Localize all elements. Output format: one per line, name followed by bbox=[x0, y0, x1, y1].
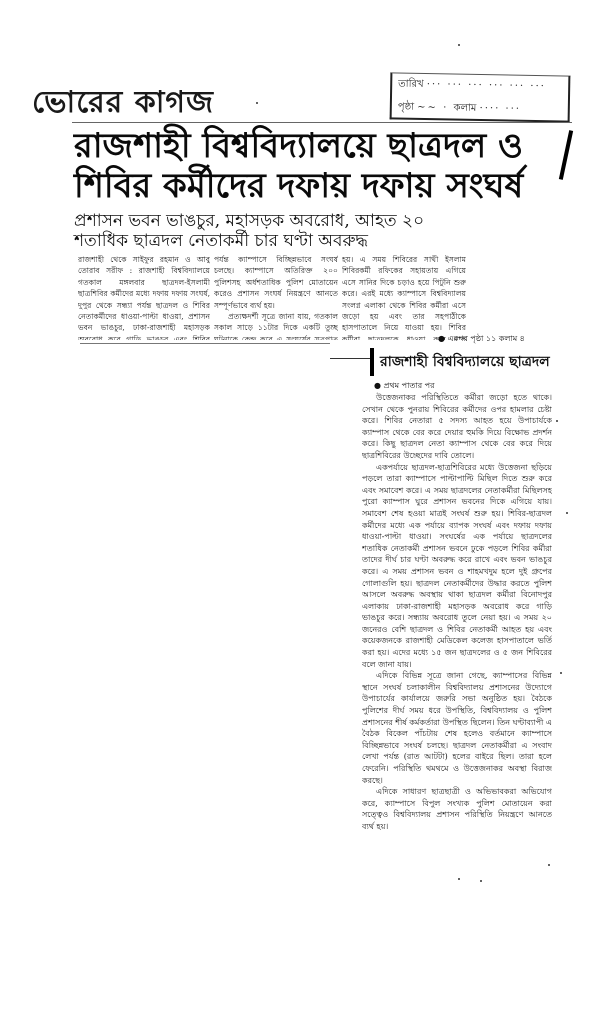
subheadline-2: শতাধিক ছাত্রদল নেতাকর্মী চার ঘণ্টা অবরুদ… bbox=[74, 228, 368, 256]
scan-speck bbox=[256, 102, 258, 104]
continuation-column: উত্তেজনাকর পরিস্থিতিতে কর্মীরা জড়ো হতে … bbox=[362, 392, 552, 882]
paragraph: এদিকে বিভিন্ন সূত্রে জানা গেছে, ক্যাম্পা… bbox=[362, 670, 552, 786]
headline-line-2: শিবির কর্মীদের দফায় দফায় সংঘর্ষ bbox=[74, 166, 574, 206]
paragraph: হয়। এ সময় শিবিরের সাথী ইসলাম শিবিরকর্ম… bbox=[342, 254, 466, 340]
clipping-stamp: তারিখ ··· ··· ··· ··· ··· ··· পৃষ্ঠা ~~ … bbox=[390, 72, 571, 122]
paragraph: উত্তেজনাকর পরিস্থিতিতে কর্মীরা জড়ো হতে … bbox=[362, 392, 552, 462]
stamp-date-label: তারিখ bbox=[398, 79, 424, 90]
scan-speck bbox=[548, 864, 550, 866]
article-column-1: রাজশাহী থেকে সাইফুর রহমান ও আবু তোরাব সর… bbox=[78, 254, 210, 340]
continued-on-note: ● এরপর পৃষ্ঠা ১১ কলাম ৪ bbox=[438, 333, 525, 346]
stamp-date-line: তারিখ ··· ··· ··· ··· ··· ··· bbox=[392, 73, 568, 99]
stamp-column-dots: ···· ··· bbox=[479, 103, 521, 115]
scan-speck bbox=[560, 672, 562, 674]
scan-speck bbox=[458, 44, 460, 46]
stamp-page-label: পৃষ্ঠা bbox=[398, 102, 414, 113]
continuation-headline: রাজশাহী বিশ্ববিদ্যালয়ে ছাত্রদল bbox=[370, 348, 566, 376]
paragraph: একপর্যায়ে ছাত্রদল-ছাত্রশিবিরের মধ্যে উত… bbox=[362, 462, 552, 671]
scan-speck bbox=[566, 512, 568, 514]
paragraph: প্রত্যক্ষদর্শী সূত্রে জানা যায়, গতকাল স… bbox=[214, 311, 338, 340]
stamp-page-line: পৃষ্ঠা ~~ · কলাম ···· ··· bbox=[392, 96, 568, 122]
paragraph: রাজশাহী থেকে সাইফুর রহমান ও আবু তোরাব সর… bbox=[78, 254, 210, 340]
scan-speck bbox=[458, 878, 460, 880]
scan-speck bbox=[480, 880, 482, 882]
header-rule bbox=[72, 122, 572, 123]
scan-speck bbox=[556, 420, 558, 422]
stamp-date-dots: ··· ··· ··· ··· ··· ··· bbox=[427, 79, 546, 92]
continuation-rule bbox=[330, 358, 370, 359]
article-column-3: হয়। এ সময় শিবিরের সাথী ইসলাম শিবিরকর্ম… bbox=[342, 254, 466, 340]
stamp-column-label: কলাম bbox=[453, 103, 476, 114]
headline-line-1: রাজশাহী বিশ্ববিদ্যালয়ে ছাত্রদল ও bbox=[74, 126, 574, 166]
paragraph: পর্যন্ত ক্যাম্পাসে বিচ্ছিন্নভাবে সংঘর্ষ … bbox=[214, 254, 338, 311]
paragraph: এদিকে সাধারণ ছাত্রছাত্রী ও অভিভাবকরা অভি… bbox=[362, 786, 552, 832]
article-column-2: পর্যন্ত ক্যাম্পাসে বিচ্ছিন্নভাবে সংঘর্ষ … bbox=[214, 254, 338, 340]
column-bottom-rule bbox=[80, 343, 330, 344]
